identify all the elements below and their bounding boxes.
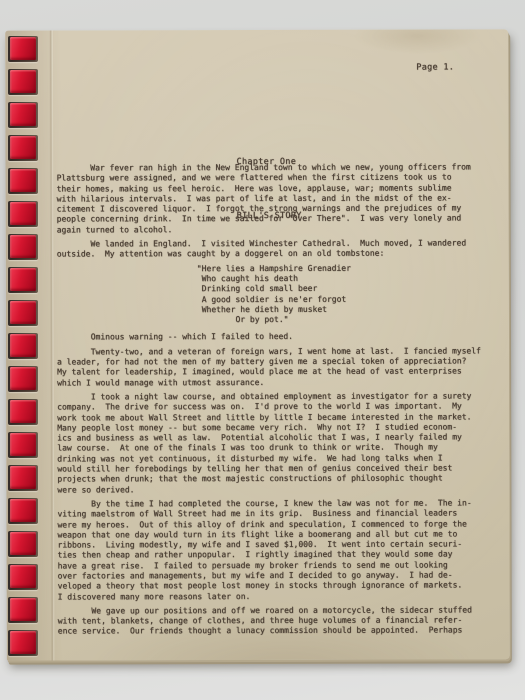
paragraph: I took a night law course, and obtained …	[57, 391, 485, 495]
page-crease	[49, 31, 55, 661]
tombstone-poem: "Here lies a Hampshire Grenadier Who cau…	[197, 263, 485, 326]
page-number: Page 1.	[416, 62, 454, 72]
paragraph: We gave up our positions and off we roar…	[58, 605, 486, 637]
body-text: War fever ran high in the New England to…	[57, 162, 486, 641]
photo-background: Page 1. Chapter One BILL'S STORY War fev…	[0, 0, 525, 700]
paragraph: War fever ran high in the New England to…	[57, 162, 485, 235]
paragraph: Twenty-two, and a veteran of foreign war…	[57, 346, 485, 388]
paragraph: By the time I had completed the course, …	[57, 498, 485, 602]
paragraph: Ominous warning -- which I failed to hee…	[57, 332, 485, 343]
manuscript-page: Page 1. Chapter One BILL'S STORY War fev…	[5, 29, 510, 660]
paragraph: We landed in England. I visited Winchest…	[57, 238, 485, 260]
